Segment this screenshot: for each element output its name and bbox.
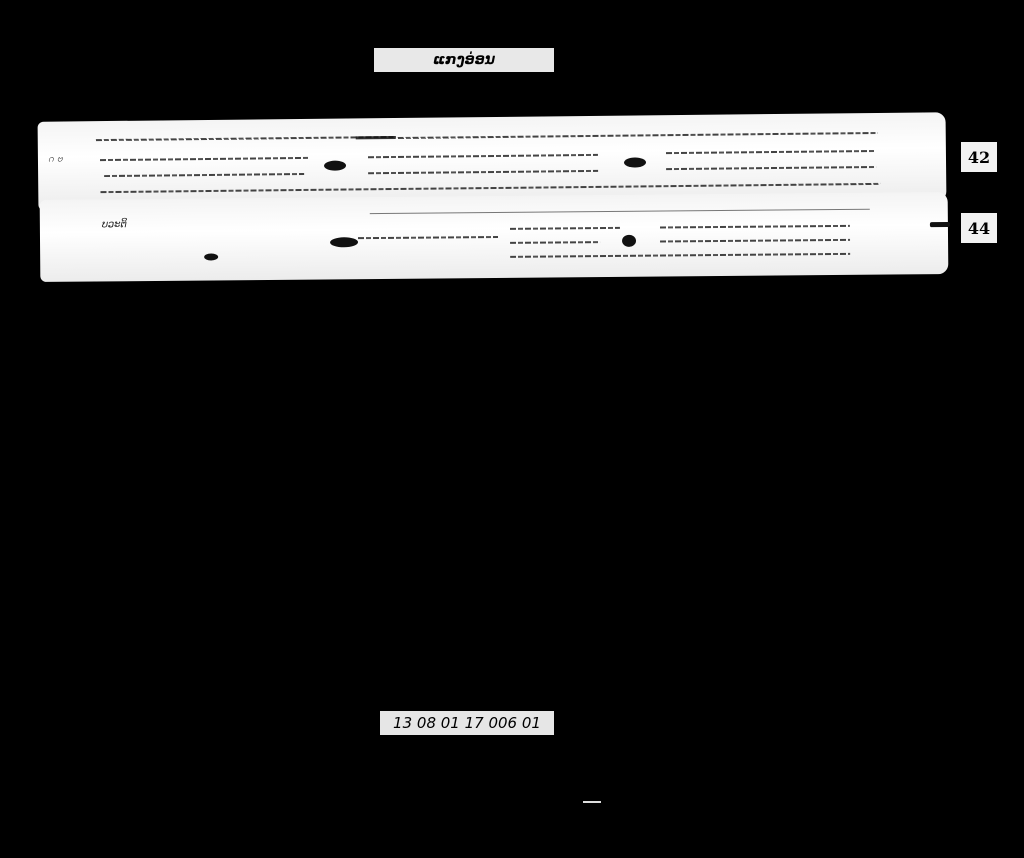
script-line [510, 241, 600, 244]
binding-hole-icon [324, 161, 346, 171]
script-line [100, 183, 880, 193]
script-line [398, 132, 878, 139]
margin-note: ບວະຕິ [102, 219, 127, 230]
leaf-scratch [370, 209, 870, 214]
script-line [666, 150, 876, 154]
page-number-42: 42 [961, 142, 997, 172]
page-number-44: 44 [961, 213, 997, 243]
margin-mark: ဂ ဗ [48, 151, 63, 166]
script-line [510, 227, 620, 230]
script-line [660, 239, 850, 243]
binding-hole-icon [330, 237, 358, 247]
scan-artifact [583, 801, 601, 803]
stain-mark [204, 253, 218, 260]
script-line [104, 173, 304, 177]
script-line [368, 170, 598, 174]
script-line [100, 157, 310, 161]
binding-hole-icon [624, 157, 646, 167]
binding-hole-icon [622, 235, 636, 247]
script-line [358, 236, 498, 239]
string-hole-mark [356, 136, 396, 139]
edge-notch [930, 222, 950, 227]
manuscript-title-label: ແກງອ່ອນ [374, 48, 554, 72]
script-line [666, 166, 876, 170]
archive-id-label: 13 08 01 17 006 01 [380, 711, 554, 735]
script-line [368, 154, 598, 158]
palm-leaf-page-44: ບວະຕິ [40, 192, 949, 282]
script-line [510, 253, 850, 258]
script-line [660, 225, 850, 229]
script-line [96, 136, 396, 141]
